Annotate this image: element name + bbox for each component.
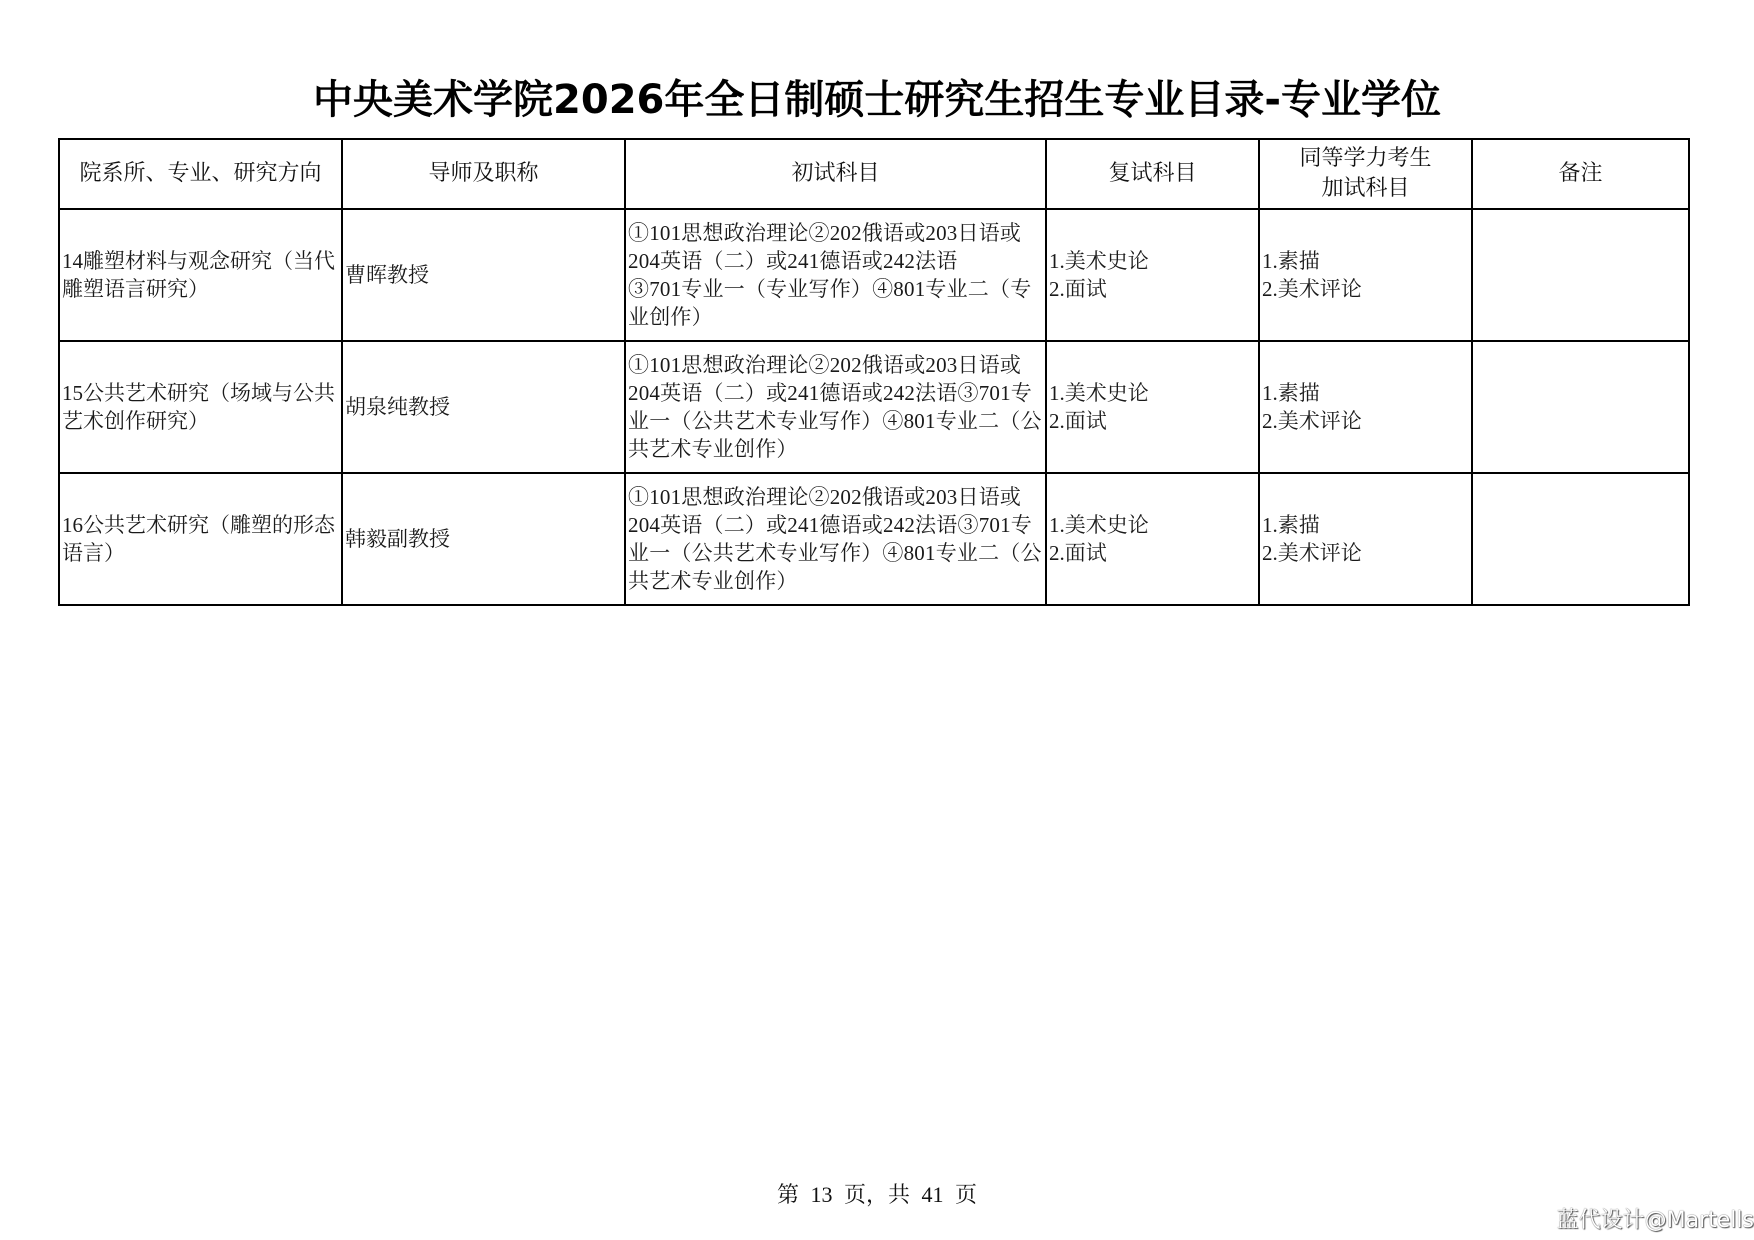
table-row: 14雕塑材料与观念研究（当代雕塑语言研究） 曹晖教授 ①101思想政治理论②20… — [59, 209, 1689, 341]
watermark: 蓝代设计@Martells — [1557, 1206, 1754, 1236]
table-row: 16公共艺术研究（雕塑的形态语言） 韩毅副教授 ①101思想政治理论②202俄语… — [59, 473, 1689, 605]
table-row: 15公共艺术研究（场域与公共艺术创作研究） 胡泉纯教授 ①101思想政治理论②2… — [59, 341, 1689, 473]
page-title: 中央美术学院2026年全日制硕士研究生招生专业目录-专业学位 — [0, 70, 1754, 130]
cell-extra-exam: 1.素描 2.美术评论 — [1259, 341, 1472, 473]
header-direction: 院系所、专业、研究方向 — [59, 139, 342, 209]
cell-remarks — [1472, 209, 1689, 341]
cell-retest: 1.美术史论 2.面试 — [1046, 209, 1259, 341]
cell-extra-exam: 1.素描 2.美术评论 — [1259, 473, 1472, 605]
cell-direction: 15公共艺术研究（场域与公共艺术创作研究） — [59, 341, 342, 473]
cell-initial-exam: ①101思想政治理论②202俄语或203日语或204英语（二）或241德语或24… — [625, 473, 1046, 605]
cell-direction: 14雕塑材料与观念研究（当代雕塑语言研究） — [59, 209, 342, 341]
cell-advisor: 曹晖教授 — [342, 209, 625, 341]
cell-advisor: 胡泉纯教授 — [342, 341, 625, 473]
cell-advisor: 韩毅副教授 — [342, 473, 625, 605]
cell-direction: 16公共艺术研究（雕塑的形态语言） — [59, 473, 342, 605]
header-remarks: 备注 — [1472, 139, 1689, 209]
table-header-row: 院系所、专业、研究方向 导师及职称 初试科目 复试科目 同等学力考生 加试科目 … — [59, 139, 1689, 209]
admissions-catalog-table: 院系所、专业、研究方向 导师及职称 初试科目 复试科目 同等学力考生 加试科目 … — [58, 138, 1690, 606]
cell-initial-exam: ①101思想政治理论②202俄语或203日语或204英语（二）或241德语或24… — [625, 341, 1046, 473]
cell-extra-exam: 1.素描 2.美术评论 — [1259, 209, 1472, 341]
cell-initial-exam: ①101思想政治理论②202俄语或203日语或204英语（二）或241德语或24… — [625, 209, 1046, 341]
cell-retest: 1.美术史论 2.面试 — [1046, 473, 1259, 605]
page-number: 第 13 页，共 41 页 — [0, 1180, 1754, 1210]
cell-retest: 1.美术史论 2.面试 — [1046, 341, 1259, 473]
cell-remarks — [1472, 341, 1689, 473]
header-extra-exam: 同等学力考生 加试科目 — [1259, 139, 1472, 209]
header-initial-exam: 初试科目 — [625, 139, 1046, 209]
header-retest: 复试科目 — [1046, 139, 1259, 209]
header-advisor: 导师及职称 — [342, 139, 625, 209]
cell-remarks — [1472, 473, 1689, 605]
